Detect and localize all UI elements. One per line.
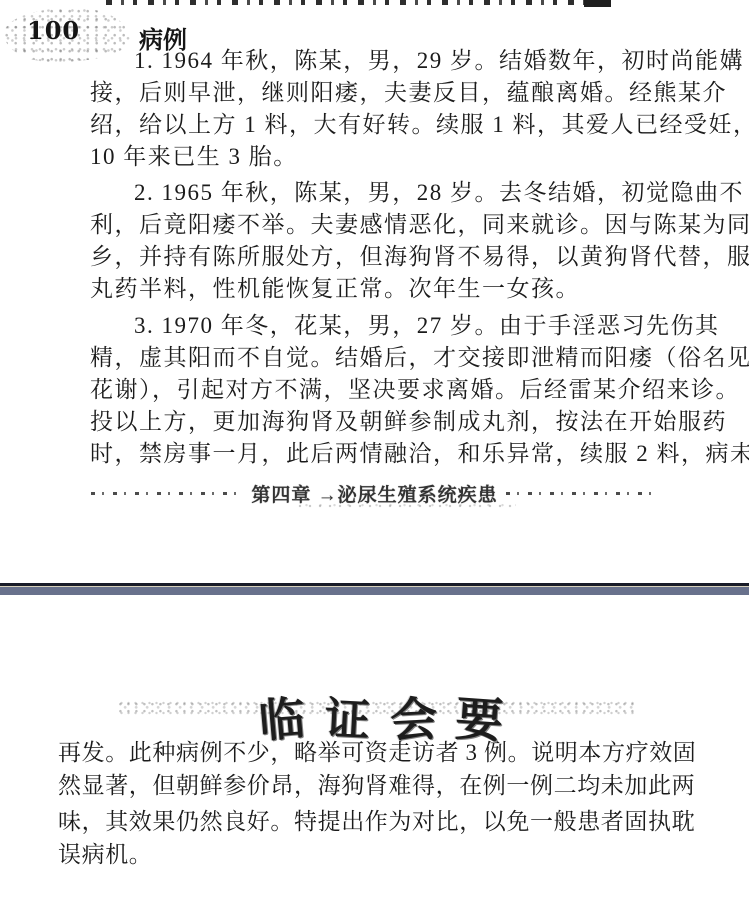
text-line: 花谢），引起对方不满，坚决要求离婚。后经雷某介绍来诊。 [90,374,738,406]
text-line: 味，其效果仍然良好。特提出作为对比，以免一般患者固执耽 [58,805,718,838]
footer-scan-noise [296,503,516,510]
page-separator [0,583,749,595]
text-line: 10 年来已生 3 胎。 [90,141,738,173]
clipped-text-line [106,0,598,5]
page1-footer: 第四章 →泌尿生殖系统疾患 [0,481,749,505]
text-line: 利，后竟阳痿不举。夫妻感情恶化，同来就诊。因与陈某为同 [90,209,738,241]
text-line: 然显著，但朝鲜参价昂，海狗肾难得，在例一例二均未加此两 [58,769,718,802]
footer-dash-left [91,492,243,495]
page-number: 100 [27,16,80,45]
text-line: 精，虚其阳而不自觉。结婚后，才交接即泄精而阳痿（俗名见 [90,342,738,374]
text-line: 再发。此种病例不少，略举可资走访者 3 例。说明本方疗效固 [58,736,718,769]
page2-text-block: 再发。此种病例不少，略举可资走访者 3 例。说明本方疗效固 然显著，但朝鲜参价昂… [58,736,718,871]
separator-slate-band [0,587,749,595]
text-line: 丸药半料，性机能恢复正常。次年生一女孩。 [90,273,738,305]
text-line: 误病机。 [58,838,718,871]
text-line: 2. 1965 年秋，陈某，男，28 岁。去冬结婚，初觉隐曲不 [90,177,738,209]
clipped-text-fragment [584,0,611,7]
text-line: 1. 1964 年秋，陈某，男，29 岁。结婚数年，初时尚能媾 [90,45,738,77]
footer-dash-right [506,492,658,495]
text-line: 时，禁房事一月，此后两情融洽，和乐异常，续服 2 料，病未 [90,438,738,470]
text-line: 3. 1970 年冬，花某，男，27 岁。由于手淫恶习先伤其 [90,310,738,342]
text-line: 投以上方，更加海狗肾及朝鲜参制成丸剂，按法在开始服药 [90,406,738,438]
text-line: 接，后则早泄，继则阳痿，夫妻反目，蕴酿离婚。经熊某介 [90,77,738,109]
scanned-book-spread: 100 病例 1. 1964 年秋，陈某，男，29 岁。结婚数年，初时尚能媾 接… [0,0,749,897]
text-line: 绍，给以上方 1 料，大有好转。续服 1 料，其爱人已经受妊， [90,109,738,141]
text-line: 乡，并持有陈所服处方，但海狗肾不易得，以黄狗肾代替，服 [90,241,738,273]
page1-text-block: 1. 1964 年秋，陈某，男，29 岁。结婚数年，初时尚能媾 接，后则早泄，继… [90,45,738,470]
